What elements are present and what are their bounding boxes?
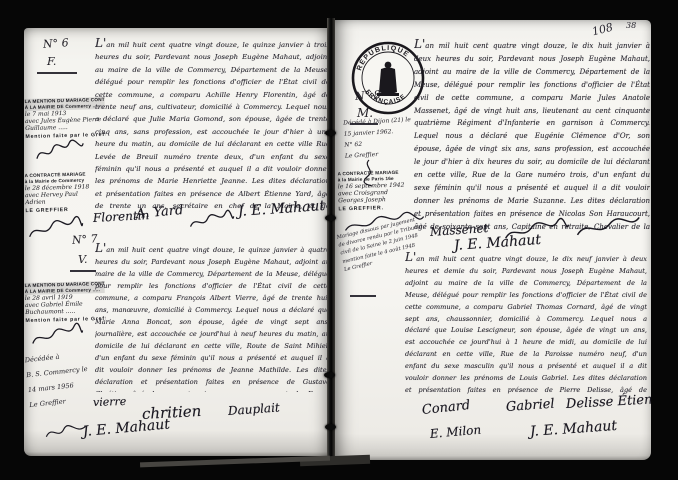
- entry-number-6: N° 6: [43, 37, 69, 50]
- folio-small-number: 38: [626, 20, 636, 31]
- binding-gutter: [327, 18, 335, 460]
- underline-rule: [37, 72, 77, 74]
- signature-dauplait: Dauplait: [228, 401, 281, 418]
- signature-conard: Conard: [421, 399, 471, 417]
- folio-number: 108: [591, 22, 614, 38]
- left-page: N° 6 F. LA MENTION DU MARIAGE CONTRACTÉ …: [24, 28, 330, 456]
- marriage-mention-stamp-1919: LA MENTION DU MARIAGE CONTRACTÉ À LA MAI…: [24, 281, 105, 324]
- death-note-1956: Décédée à B. S. Commercy le 14 mars 1956…: [24, 347, 92, 413]
- signature-mahaut: J. E. Mahaut: [82, 418, 170, 439]
- binding-knot: [325, 130, 336, 136]
- binding-knot: [325, 424, 336, 430]
- signature-mahaut: J. E. Mahaut: [530, 420, 618, 439]
- register-spread-scan: N° 6 F. LA MENTION DU MARIAGE CONTRACTÉ …: [0, 0, 678, 480]
- signature-mahaut: J. E. Mahaut: [238, 200, 326, 219]
- act-8-body: L'an mil huit cent quatre vingt douze, l…: [414, 38, 650, 234]
- entry-letter-v: V.: [78, 254, 88, 265]
- paraph-signature: [33, 136, 88, 166]
- paraph-signature: [573, 211, 647, 245]
- act-9-body: L'an mil huit cent quatre vingt douze, l…: [405, 252, 647, 396]
- signature-milon: E. Milon: [429, 424, 481, 441]
- signature-mahaut: J. E. Mahaut: [454, 234, 542, 253]
- entry-number-8: N° 8: [355, 89, 381, 102]
- underline-rule: [70, 270, 96, 272]
- binding-knot: [325, 215, 336, 221]
- right-page: 108 38 RÉPUBLIQUE FRANÇAISE N° 8 M. Dé: [334, 20, 651, 460]
- act-7-body: L'an mil huit cent quatre vingt douze, l…: [95, 242, 330, 392]
- marriage-mention-stamp-1913: LA MENTION DU MARIAGE CONTRACTÉ À LA MAI…: [24, 97, 105, 140]
- act-6-body: L'an mil huit cent quatre vingt douze, l…: [95, 37, 330, 213]
- underline-rule: [350, 295, 376, 297]
- signature-gabriel: Gabriel: [506, 398, 555, 414]
- signature-vierre: vierre: [93, 395, 127, 409]
- seal-figure-head: [385, 62, 392, 69]
- seal-figure-body: [379, 68, 397, 95]
- signature-yard: A. Yard: [135, 204, 183, 221]
- signature-delisse: Delisse Étienne: [566, 393, 651, 411]
- binding-knot: [324, 372, 335, 378]
- death-note-1962: Décédé à Dijon (21) le 15 janvier 1962. …: [343, 114, 413, 161]
- entry-letter-f: F.: [47, 56, 56, 67]
- note-line: Le Greffier: [345, 147, 413, 162]
- paraph-signature: [187, 207, 237, 235]
